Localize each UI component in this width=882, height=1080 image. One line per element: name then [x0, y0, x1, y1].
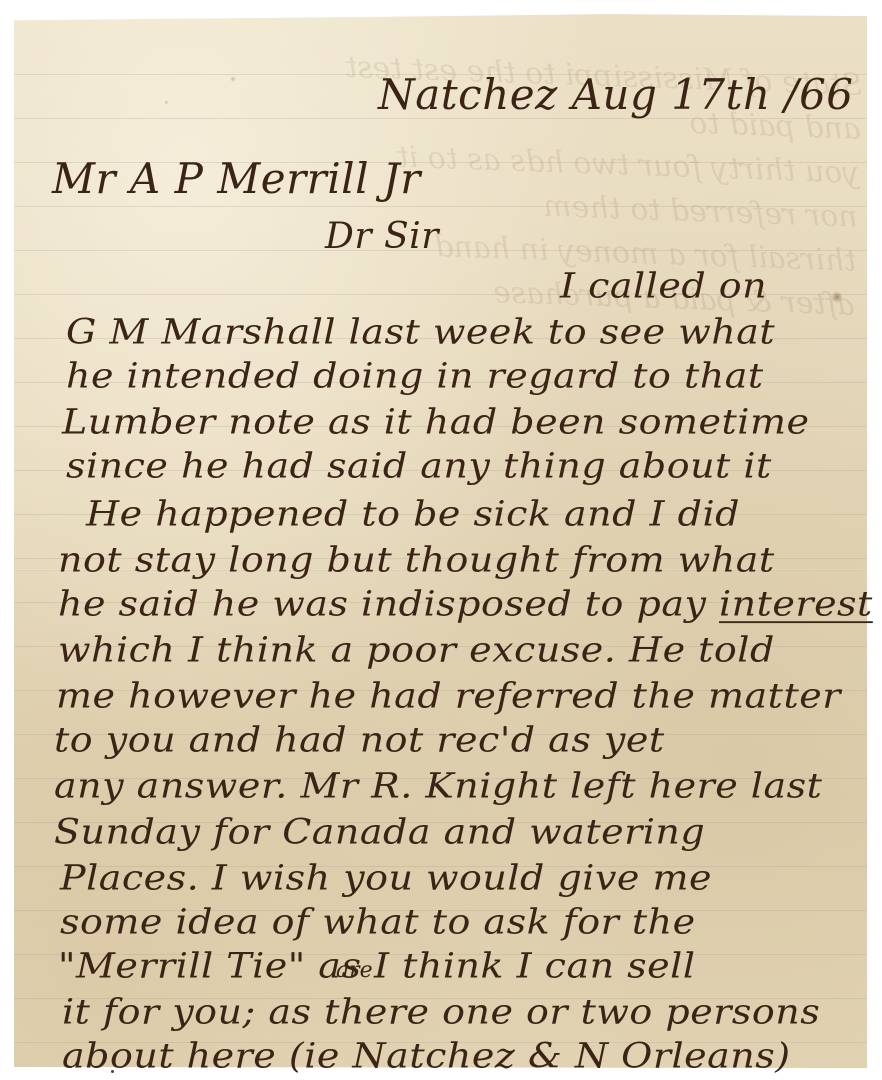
body-line: me however he had referred the matter: [56, 676, 841, 716]
body-line: it for you; as there one or two persons: [62, 992, 820, 1032]
body-line: he intended doing in regard to that: [66, 356, 764, 396]
inserted-word-above-line: are: [336, 958, 373, 983]
body-line: since he had said any thing about it: [66, 446, 772, 486]
letter-dateline: Natchez Aug 17th /66: [378, 70, 854, 119]
scanned-letter-page: State of Mississippi to the est test and…: [0, 0, 882, 1080]
body-line: G M Marshall last week to see what: [66, 312, 775, 352]
body-line: Sunday for Canada and watering: [54, 812, 705, 852]
body-line: not stay long but thought from what: [58, 540, 775, 580]
body-line-text: he said he was indisposed to pay: [58, 584, 719, 624]
ink-stain: [832, 290, 842, 304]
body-line: to you and had not rec'd as yet: [54, 720, 665, 760]
letter-addressee: Mr A P Merrill Jr: [52, 154, 421, 203]
body-line: which I think a poor excuse. He told: [58, 630, 775, 670]
body-line: "Merrill Tie" as I think I can sell: [58, 946, 695, 986]
body-line: any answer. Mr R. Knight left here last: [54, 766, 822, 806]
body-line: some idea of what to ask for the: [60, 902, 696, 942]
body-line: He happened to be sick and I did: [86, 494, 740, 534]
body-line: Lumber note as it had been sometime: [62, 402, 809, 442]
body-line: about here (ie Natchez & N Orleans): [62, 1036, 791, 1076]
body-line-with-underline: he said he was indisposed to pay interes…: [58, 584, 873, 624]
foxing-spot: [164, 100, 169, 105]
letter-greeting: Dr Sir: [325, 216, 439, 257]
body-line: Places. I wish you would give me: [60, 858, 712, 898]
foxing-spot: [230, 76, 236, 82]
page-margin-dot: [111, 1070, 114, 1073]
underlined-word: interest: [719, 584, 873, 624]
body-line: I called on: [560, 266, 767, 306]
